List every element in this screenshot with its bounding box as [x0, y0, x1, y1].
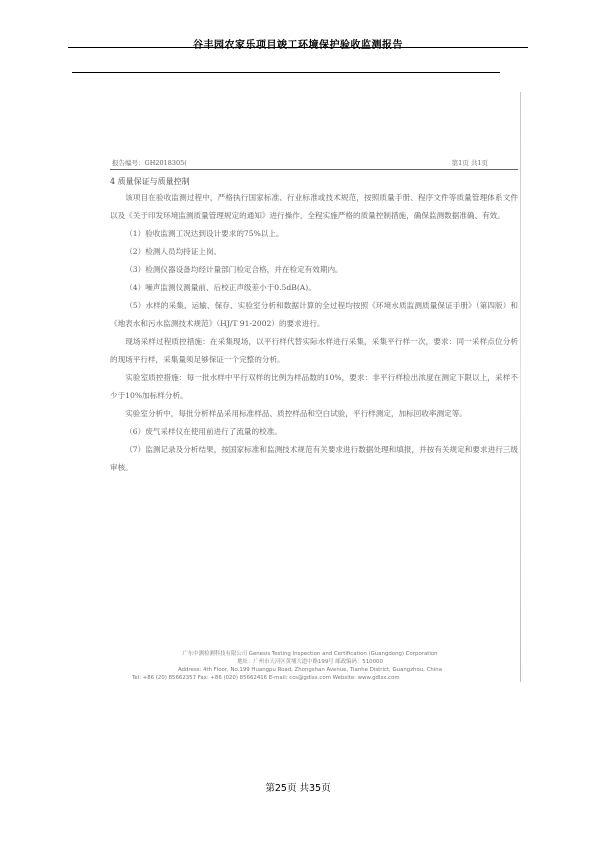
scan-page-edge — [520, 92, 521, 682]
header-divider-secondary — [72, 72, 500, 73]
scanned-page-ref: 第1页 共1页 — [452, 158, 518, 167]
paragraph: （7）监测记录及分析结果，按国家标准和监测技术规范有关要求进行数据处理和填报，并… — [110, 441, 518, 477]
scanned-page: 报告编号：GH2018305( 第1页 共1页 4 质量保证与质量控制 该项目在… — [110, 158, 518, 477]
paragraph: 现场采样过程质控措施：在采集现场，以平行样代替实际水样进行采集，采集平行样一次，… — [110, 333, 518, 369]
page-number: 第25页 共35页 — [0, 780, 596, 794]
company-footer: 广东中测检测科技有限公司 Genesis Testing Inspection … — [120, 650, 500, 682]
paragraph: （6）废气采样仪在使用前进行了流量的校准。 — [110, 423, 518, 441]
header-divider — [68, 47, 528, 48]
paragraph: 该项目在验收监测过程中，严格执行国家标准、行业标准或技术规范，按照质量手册、程序… — [110, 189, 518, 225]
scanned-page-header: 报告编号：GH2018305( 第1页 共1页 — [110, 158, 518, 170]
paragraph: （2）检测人员均持证上岗。 — [110, 243, 518, 261]
paragraph: （1）验收监测工况达到设计要求的75%以上。 — [110, 225, 518, 243]
company-address-en: Address: 4th Floor, No.199 Huangpu Road,… — [120, 666, 500, 674]
company-name-line: 广东中测检测科技有限公司 Genesis Testing Inspection … — [120, 650, 500, 658]
company-contact: Tel: +86 (20) 85662357 Fax: +86 (020) 85… — [120, 674, 500, 682]
paragraph: 实验室分析中，每批分析样品采用标准样品、质控样品和空白试验，平行样测定，加标回收… — [110, 405, 518, 423]
company-address-cn: 地址：广州市天河区黄埔大道中路199号 邮政编码：510000 — [120, 658, 500, 666]
paragraph: （3）检测仪器设备均经计量部门检定合格，并在检定有效期内。 — [110, 261, 518, 279]
paragraph: （4）噪声监测仪测量前、后校正声级差小于0.5dB(A)。 — [110, 279, 518, 297]
report-title: 谷丰园农家乐项目竣工环境保护验收监测报告 — [0, 36, 596, 51]
paragraph: （5）水样的采集、运输、保存、实验室分析和数据计算的全过程均按照《环境水质监测质… — [110, 297, 518, 333]
report-number: 报告编号：GH2018305( — [110, 158, 187, 167]
paragraph: 实验室质控措施：每一批水样中平行双样的比例为样品数的10%，要求：非平行样检出浓… — [110, 369, 518, 405]
section-title: 4 质量保证与质量控制 — [110, 176, 518, 187]
